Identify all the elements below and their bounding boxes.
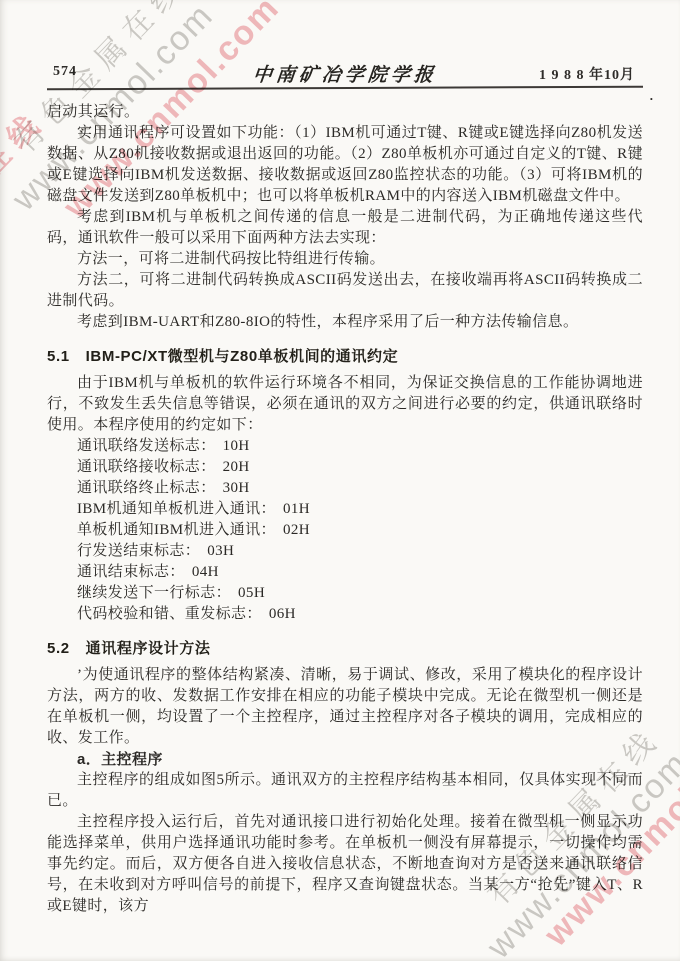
page-content: 574 中南矿冶学院学报 1 9 8 8 年10月 . 启动其运行。 实用通讯程… <box>47 60 643 917</box>
sub-heading-main-control: a．主控程序 <box>47 749 643 770</box>
flag-row: 代码校验和错、重发标志：06H <box>77 604 643 625</box>
article-body: 启动其运行。 实用通讯程序可设置如下功能：（1）IBM机可通过T键、R键或E键选… <box>47 102 643 917</box>
flag-label: 单板机通知IBM机进入通讯： <box>77 522 276 538</box>
flag-value: 20H <box>223 459 250 475</box>
section-heading-5-1: 5.1IBM-PC/XT微型机与Z80单板机间的通讯约定 <box>47 346 643 367</box>
header-rule-line <box>47 86 643 91</box>
flag-row: IBM机通知单板机进入通讯：01H <box>77 499 643 520</box>
flag-label: 通讯联络发送标志： <box>77 438 216 454</box>
paragraph-method-choice: 考虑到IBM-UART和Z80-8IO的特性，本程序采用了后一种方法传输信息。 <box>47 312 643 333</box>
rule-tail-mark: . <box>650 88 653 104</box>
flag-label: 行发送结束标志： <box>77 543 200 559</box>
flag-row: 单板机通知IBM机进入通讯：02H <box>77 520 643 541</box>
flag-value: 04H <box>192 564 219 580</box>
section-number: 5.2 <box>47 640 70 657</box>
watermark-site-name: 有色金属在线 <box>0 105 51 294</box>
section-number: 5.1 <box>47 348 70 365</box>
flag-row: 通讯联络接收标志：20H <box>77 457 643 478</box>
flag-value: 01H <box>283 501 310 517</box>
paragraph-opening: 启动其运行。 <box>47 102 643 123</box>
flag-value: 06H <box>269 606 296 622</box>
flag-row: 行发送结束标志：03H <box>77 541 643 562</box>
paragraph-main-control-b: 主控程序投入运行后，首先对通讯接口进行初始化处理。接着在微型机一侧显示功能选择菜… <box>47 812 643 917</box>
paragraph-main-control-a: 主控程序的组成如图5所示。通讯双方的主控程序结构基本相同，仅具体实现不同而已。 <box>47 770 643 812</box>
page-header: 574 中南矿冶学院学报 1 9 8 8 年10月 <box>47 60 643 84</box>
section-heading-5-2: 5.2通讯程序设计方法 <box>47 638 643 659</box>
flag-label: 通讯联络接收标志： <box>77 459 216 475</box>
paragraph-functions: 实用通讯程序可设置如下功能：（1）IBM机可通过T键、R键或E键选择向Z80机发… <box>47 123 643 207</box>
flag-value: 10H <box>223 438 250 454</box>
flag-value: 02H <box>283 522 310 538</box>
flag-row: 继续发送下一行标志：05H <box>77 583 643 604</box>
section-title: IBM-PC/XT微型机与Z80单板机间的通讯约定 <box>86 348 399 365</box>
scanned-journal-page: 有色金属在线 www.cnmol.com www.cnmol.com 有色金属在… <box>0 0 680 961</box>
protocol-flag-list: 通讯联络发送标志：10H 通讯联络接收标志：20H 通讯联络终止标志：30H I… <box>77 436 643 625</box>
flag-value: 03H <box>207 543 234 559</box>
flag-label: 通讯结束标志： <box>77 564 185 580</box>
issue-date: 1 9 8 8 年10月 <box>539 64 635 84</box>
paragraph-method-one: 方法一，可将二进制代码按比特组进行传输。 <box>47 249 643 270</box>
section-title: 通讯程序设计方法 <box>86 640 211 657</box>
flag-row: 通讯联络终止标志：30H <box>77 478 643 499</box>
paragraph-5-1-intro: 由于IBM机与单板机的软件运行环境各不相同，为保证交换信息的工作能协调地进行，不… <box>47 373 643 436</box>
flag-row: 通讯结束标志：04H <box>77 562 643 583</box>
flag-value: 05H <box>238 585 265 601</box>
flag-label: 继续发送下一行标志： <box>77 585 231 601</box>
flag-label: IBM机通知单板机进入通讯： <box>77 501 276 517</box>
flag-label: 通讯联络终止标志： <box>77 480 216 496</box>
paragraph-binary-codes: 考虑到IBM机与单板机之间传递的信息一般是二进制代码，为正确地传递这些代码，通讯… <box>47 207 643 249</box>
paragraph-method-two: 方法二，可将二进制代码转换成ASCII码发送出去，在接收端再将ASCII码转换成… <box>47 270 643 312</box>
paragraph-5-2-design: ’为使通讯程序的整体结构紧凑、清晰，易于调试、修改，采用了模块化的程序设计方法，… <box>47 665 643 749</box>
flag-row: 通讯联络发送标志：10H <box>77 436 643 457</box>
flag-label: 代码校验和错、重发标志： <box>77 606 262 622</box>
flag-value: 30H <box>223 480 250 496</box>
header-rule: . <box>47 87 643 89</box>
